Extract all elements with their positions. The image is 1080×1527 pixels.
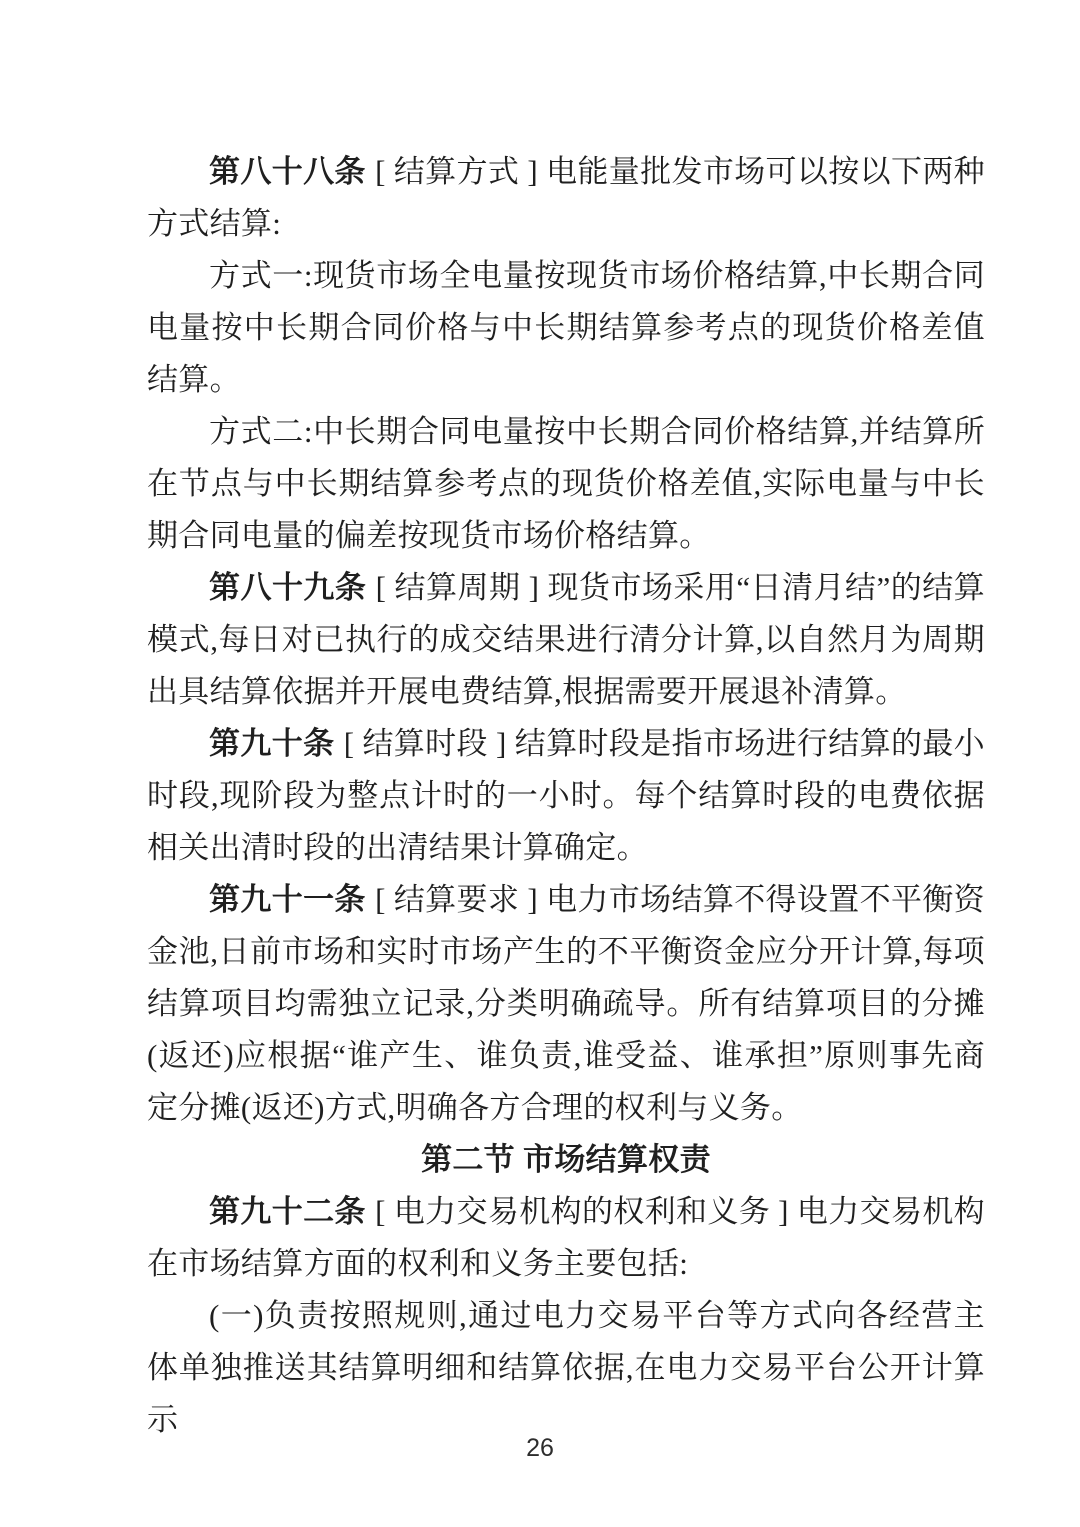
article-number-88: 第八十八条 xyxy=(209,154,366,189)
paragraph-text: [ 结算要求 ] 电力市场结算不得设置不平衡资金池,日前市场和实时市场产生的不平… xyxy=(147,882,985,1125)
document-page: 第八十八条[ 结算方式 ] 电能量批发市场可以按以下两种方式结算: 方式一:现货… xyxy=(0,0,1080,1527)
document-content: 第八十八条[ 结算方式 ] 电能量批发市场可以按以下两种方式结算: 方式一:现货… xyxy=(147,146,985,1446)
paragraph-article-91: 第九十一条[ 结算要求 ] 电力市场结算不得设置不平衡资金池,日前市场和实时市场… xyxy=(147,874,985,1134)
page-number: 26 xyxy=(0,1433,1080,1463)
paragraph-article-89: 第八十九条[ 结算周期 ] 现货市场采用“日清月结”的结算模式,每日对已执行的成… xyxy=(147,562,985,718)
paragraph-method-1: 方式一:现货市场全电量按现货市场价格结算,中长期合同电量按中长期合同价格与中长期… xyxy=(147,250,985,406)
paragraph-article-90: 第九十条[ 结算时段 ] 结算时段是指市场进行结算的最小时段,现阶段为整点计时的… xyxy=(147,718,985,874)
article-number-92: 第九十二条 xyxy=(209,1194,366,1229)
paragraph-text: 方式一:现货市场全电量按现货市场价格结算,中长期合同电量按中长期合同价格与中长期… xyxy=(147,258,985,397)
article-number-89: 第八十九条 xyxy=(209,570,366,605)
paragraph-method-2: 方式二:中长期合同电量按中长期合同价格结算,并结算所在节点与中长期结算参考点的现… xyxy=(147,406,985,562)
paragraph-item-1: (一)负责按照规则,通过电力交易平台等方式向各经营主体单独推送其结算明细和结算依… xyxy=(147,1290,985,1446)
paragraph-article-88: 第八十八条[ 结算方式 ] 电能量批发市场可以按以下两种方式结算: xyxy=(147,146,985,250)
section-heading: 第二节 市场结算权责 xyxy=(147,1134,985,1186)
article-number-91: 第九十一条 xyxy=(209,882,366,917)
paragraph-text: 方式二:中长期合同电量按中长期合同价格结算,并结算所在节点与中长期结算参考点的现… xyxy=(147,414,985,553)
paragraph-article-92: 第九十二条[ 电力交易机构的权利和义务 ] 电力交易机构在市场结算方面的权利和义… xyxy=(147,1186,985,1290)
article-number-90: 第九十条 xyxy=(209,726,334,761)
paragraph-text: (一)负责按照规则,通过电力交易平台等方式向各经营主体单独推送其结算明细和结算依… xyxy=(147,1298,985,1437)
